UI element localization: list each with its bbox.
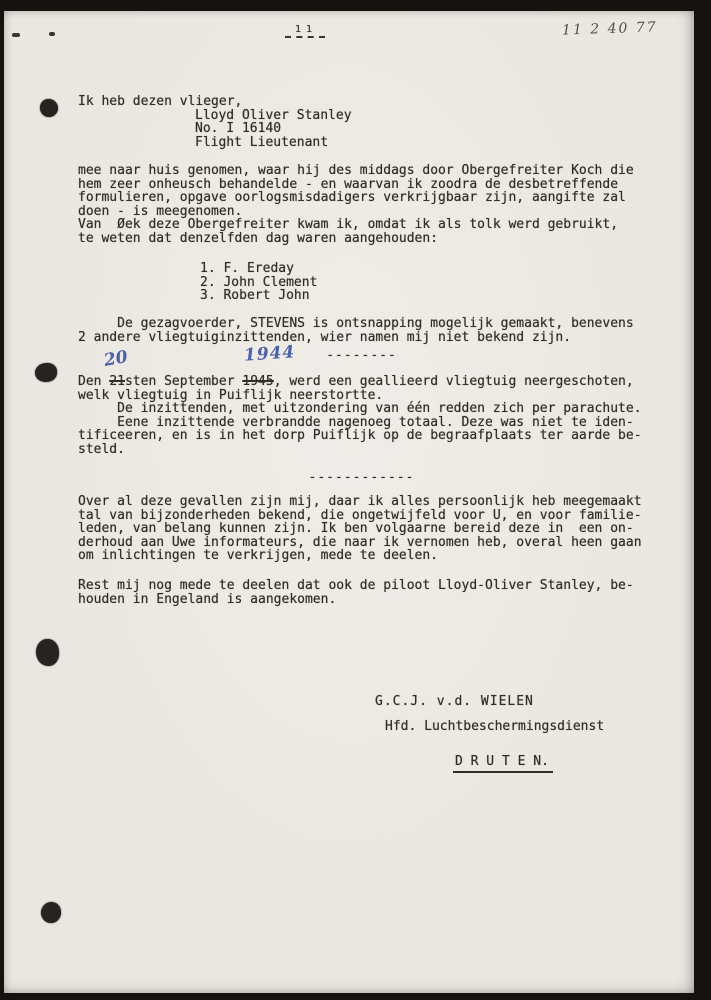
text-line: 2 andere vliegtuiginzittenden, wier name… — [78, 331, 634, 345]
list-item: 3. Robert John — [200, 289, 317, 303]
detained-list: 1. F. Ereday 2. John Clement 3. Robert J… — [200, 262, 317, 303]
text-line: te weten dat denzelfden dag waren aangeh… — [78, 232, 634, 246]
handwritten-correction-year: 1944 — [243, 342, 296, 366]
text-line: mee naar huis genomen, waar hij des midd… — [78, 164, 634, 178]
signature-title: Hfd. Luchtbeschermingsdienst — [385, 720, 604, 734]
signature-name: G.C.J. v.d. WIELEN — [375, 695, 534, 709]
text-line: derhoud aan Uwe informateurs, die naar i… — [78, 536, 642, 550]
page-number: 11 — [285, 24, 325, 38]
text-line: om inlichtingen te verkrijgen, mede te d… — [78, 549, 642, 563]
separator-dashes: ------------ — [78, 471, 645, 485]
scanned-letter-page: 11 11 2 40 77 Ik heb dezen vlieger, Lloy… — [0, 0, 711, 1000]
ink-blot — [41, 902, 61, 923]
date-text: Den — [78, 374, 109, 389]
text-line: doen - is meegenomen. — [78, 205, 634, 219]
text-line: welk vliegtuig in Puiflijk neerstortte. — [78, 389, 642, 403]
struck-day: 21 — [109, 374, 125, 389]
list-item: 2. John Clement — [200, 276, 317, 290]
page-number-wrap: 11 — [270, 17, 340, 38]
text-line: leden, van belang kunnen zijn. Ik ben vo… — [78, 522, 642, 536]
pilot-rank: Flight Lieutenant — [195, 136, 352, 150]
paragraph-taken-home: mee naar huis genomen, waar hij des midd… — [78, 164, 634, 245]
signature-place-wrap: D R U T E N. — [453, 755, 553, 769]
paragraph-closing: Rest mij nog mede te deelen dat ook de p… — [78, 579, 634, 606]
pilot-number: No. I 16140 — [195, 122, 352, 136]
date-line: Den 21sten September 1945, werd een geal… — [78, 375, 642, 389]
paper-sheet: 11 11 2 40 77 Ik heb dezen vlieger, Lloy… — [4, 11, 694, 993]
text-line: formulieren, opgave oorlogsmisdadigers v… — [78, 191, 634, 205]
text-line: tal van bijzonderheden bekend, die onget… — [78, 509, 642, 523]
text-line: tificeeren, en is in het dorp Puiflijk o… — [78, 429, 642, 443]
text-line: Over al deze gevallen zijn mij, daar ik … — [78, 495, 642, 509]
paragraph-details: Over al deze gevallen zijn mij, daar ik … — [78, 495, 642, 563]
text-line: Eene inzittende verbrandde nagenoeg tota… — [78, 416, 642, 430]
text-line: De inzittenden, met uitzondering van één… — [78, 402, 642, 416]
ink-blot — [35, 363, 57, 382]
text-line: De gezagvoerder, STEVENS is ontsnapping … — [78, 317, 634, 331]
text-line: houden in Engeland is aangekomen. — [78, 593, 634, 607]
ink-blot — [36, 639, 59, 666]
ink-blot — [40, 99, 58, 117]
struck-year: 1945 — [242, 374, 273, 389]
list-item: 1. F. Ereday — [200, 262, 317, 276]
text-line: Van Øek deze Obergefreiter kwam ik, omda… — [78, 218, 634, 232]
date-text: , werd een geallieerd vliegtuig neergesc… — [274, 374, 634, 389]
date-text: sten September — [125, 374, 242, 389]
intro-line: Ik heb dezen vlieger, — [78, 95, 352, 109]
pencil-annotation: 11 2 40 77 — [562, 19, 658, 38]
scan-speck — [12, 33, 20, 37]
paragraph-captain: De gezagvoerder, STEVENS is ontsnapping … — [78, 317, 634, 344]
scan-speck — [49, 32, 55, 36]
intro-block: Ik heb dezen vlieger, Lloyd Oliver Stanl… — [78, 95, 352, 149]
separator-dashes: -------- — [78, 349, 645, 363]
text-line: Rest mij nog mede te deelen dat ook de p… — [78, 579, 634, 593]
text-line: steld. — [78, 443, 642, 457]
signature-place: D R U T E N. — [453, 754, 553, 773]
handwritten-correction-day: 20 — [102, 347, 129, 371]
pilot-name: Lloyd Oliver Stanley — [195, 109, 352, 123]
paragraph-crash: Den 21sten September 1945, werd een geal… — [78, 375, 642, 456]
text-line: hem zeer onheusch behandelde - en waarva… — [78, 178, 634, 192]
